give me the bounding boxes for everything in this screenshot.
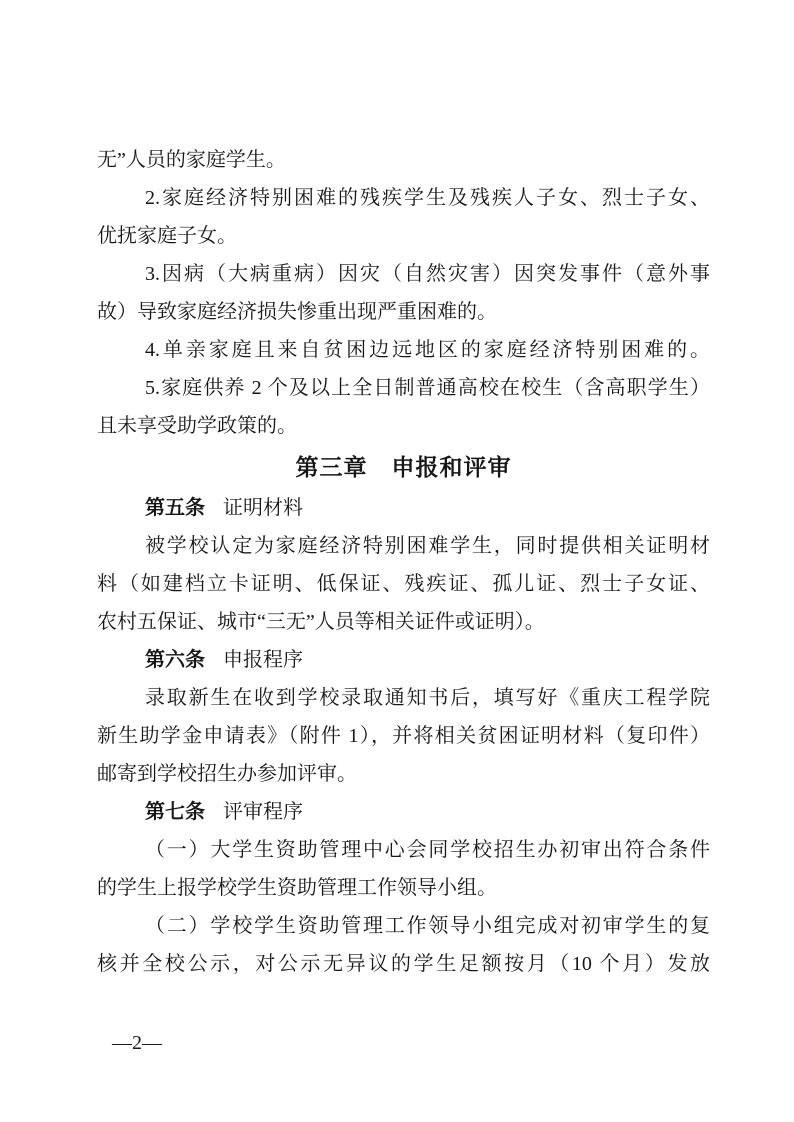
clause-line: 第五条证明材料 (97, 489, 710, 527)
text-line: 4.单亲家庭且来自贫困边远地区的家庭经济特别困难的。 (97, 331, 710, 369)
chapter-heading: 第三章 申报和评审 (97, 445, 710, 489)
text-line: 核并全校公示，对公示无异议的学生足额按月（10 个月）发放 (97, 945, 710, 983)
text-line: 且未享受助学政策的。 (97, 407, 710, 445)
clause-label: 第五条 (145, 497, 205, 519)
text-line: 无”人员的家庭学生。 (97, 141, 710, 179)
clause-label: 第七条 (145, 801, 205, 823)
clause-title: 证明材料 (223, 497, 303, 519)
text-line: 被学校认定为家庭经济特别困难学生，同时提供相关证明材 (97, 527, 710, 565)
document-page: 无”人员的家庭学生。2.家庭经济特别困难的残疾学生及残疾人子女、烈士子女、优抚家… (0, 0, 794, 1122)
clause-title: 申报程序 (223, 649, 303, 671)
page-body: 无”人员的家庭学生。2.家庭经济特别困难的残疾学生及残疾人子女、烈士子女、优抚家… (97, 141, 710, 983)
clause-line: 第六条申报程序 (97, 641, 710, 679)
clause-line: 第七条评审程序 (97, 793, 710, 831)
text-line: （一）大学生资助管理中心会同学校招生办初审出符合条件 (97, 831, 710, 869)
text-line: （二）学校学生资助管理工作领导小组完成对初审学生的复 (97, 907, 710, 945)
page-number: —2— (112, 1031, 162, 1055)
clause-title: 评审程序 (223, 801, 303, 823)
text-line: 2.家庭经济特别困难的残疾学生及残疾人子女、烈士子女、 (97, 179, 710, 217)
text-line: 邮寄到学校招生办参加评审。 (97, 755, 710, 793)
text-line: 录取新生在收到学校录取通知书后，填写好《重庆工程学院 (97, 679, 710, 717)
text-line: 优抚家庭子女。 (97, 217, 710, 255)
clause-label: 第六条 (145, 649, 205, 671)
text-line: 农村五保证、城市“三无”人员等相关证件或证明）。 (97, 603, 710, 641)
text-line: 新生助学金申请表》（附件 1），并将相关贫困证明材料（复印件） (97, 717, 710, 755)
text-line: 的学生上报学校学生资助管理工作领导小组。 (97, 869, 710, 907)
text-line: 3.因病（大病重病）因灾（自然灾害）因突发事件（意外事 (97, 255, 710, 293)
text-line: 料（如建档立卡证明、低保证、残疾证、孤儿证、烈士子女证、 (97, 565, 710, 603)
text-line: 故）导致家庭经济损失惨重出现严重困难的。 (97, 293, 710, 331)
text-line: 5.家庭供养 2 个及以上全日制普通高校在校生（含高职学生） (97, 369, 710, 407)
